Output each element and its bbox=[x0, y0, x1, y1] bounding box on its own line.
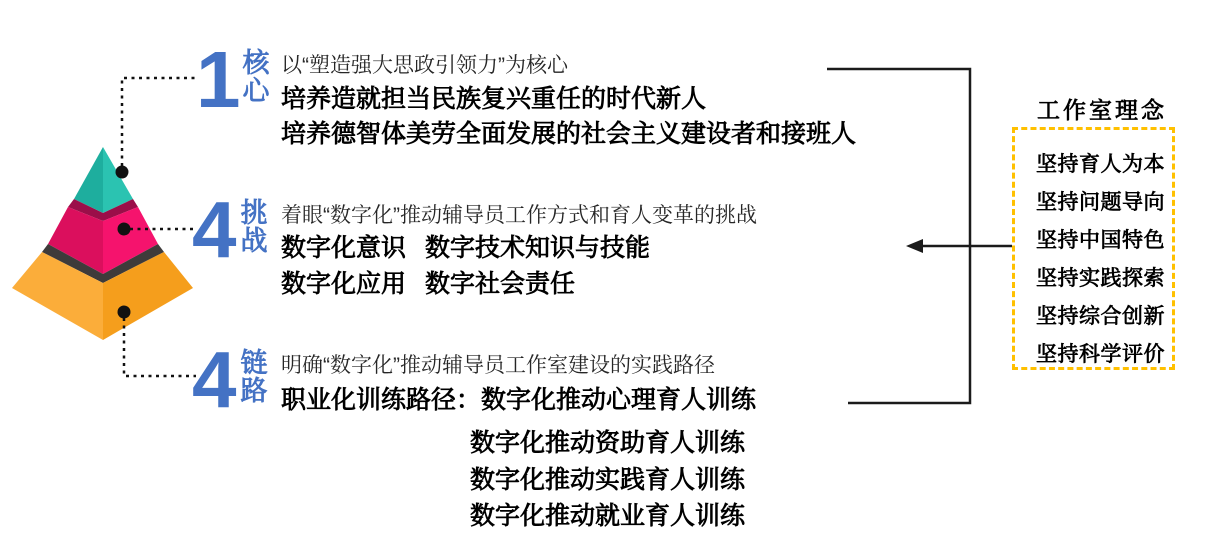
challenge-item-knowledge: 数字技术知识与技能 bbox=[425, 234, 650, 262]
philosophy-item-4: 坚持实践探索 bbox=[1036, 260, 1172, 298]
tier-middle-right-face bbox=[103, 207, 158, 274]
section-paths-label: 链路 bbox=[239, 349, 269, 405]
tier-separator-band-bottom bbox=[42, 244, 164, 283]
training-path-funding: 数字化推动资助育人训练 bbox=[470, 429, 745, 457]
challenge-item-application: 数字化应用 bbox=[281, 270, 406, 298]
section-challenges-intro: 着眼“数字化”推动辅导员工作方式和育人变革的挑战 bbox=[281, 203, 757, 228]
connector-line-top bbox=[122, 78, 197, 166]
section-challenges-number: 4 bbox=[192, 194, 235, 266]
connector-dot-middle bbox=[118, 223, 131, 236]
section-core-number: 1 bbox=[196, 44, 239, 116]
philosophy-item-2: 坚持问题导向 bbox=[1036, 184, 1172, 222]
tier-middle-left-face bbox=[48, 207, 103, 274]
connector-line-bottom bbox=[124, 318, 196, 376]
challenge-item-awareness: 数字化意识 bbox=[281, 234, 406, 262]
challenge-item-responsibility: 数字社会责任 bbox=[425, 270, 575, 298]
training-path-practice: 数字化推动实践育人训练 bbox=[470, 466, 745, 494]
philosophy-item-5: 坚持综合创新 bbox=[1036, 298, 1172, 336]
tier-separator-band-top bbox=[68, 199, 138, 221]
philosophy-box: 坚持育人为本 坚持问题导向 坚持中国特色 坚持实践探索 坚持综合创新 坚持科学评… bbox=[1012, 127, 1175, 370]
philosophy-title: 工作室理念 bbox=[1037, 92, 1167, 125]
section-core-intro: 以“塑造强大思政引领力”为核心 bbox=[281, 53, 568, 78]
infographic-canvas: { "colors": { "accent": "#4472C4", "text… bbox=[0, 0, 1211, 539]
philosophy-item-3: 坚持中国特色 bbox=[1036, 222, 1172, 260]
training-paths-label: 职业化训练路径： bbox=[281, 386, 481, 414]
section-paths-number: 4 bbox=[192, 344, 235, 416]
arrowhead-left-icon bbox=[906, 239, 923, 253]
section-core-line-1: 培养造就担当民族复兴重任的时代新人 bbox=[281, 85, 706, 113]
philosophy-item-6: 坚持科学评价 bbox=[1036, 336, 1172, 374]
connector-dot-top bbox=[116, 166, 129, 179]
tier-top-left-face bbox=[74, 147, 103, 213]
training-path-psychology: 数字化推动心理育人训练 bbox=[481, 386, 756, 414]
tier-top-right-face bbox=[103, 147, 133, 213]
connector-dot-bottom bbox=[118, 306, 131, 319]
philosophy-item-1: 坚持育人为本 bbox=[1036, 146, 1172, 184]
section-paths-intro: 明确“数字化”推动辅导员工作室建设的实践路径 bbox=[281, 353, 715, 378]
tier-bottom-left-face bbox=[12, 252, 103, 340]
section-challenges-label: 挑战 bbox=[239, 199, 269, 255]
section-core-line-2: 培养德智体美劳全面发展的社会主义建设者和接班人 bbox=[281, 120, 856, 148]
section-core-label: 核心 bbox=[241, 49, 271, 105]
training-path-employment: 数字化推动就业育人训练 bbox=[470, 502, 745, 530]
tier-bottom-right-face bbox=[103, 252, 193, 340]
training-path-row-1: 职业化训练路径：数字化推动心理育人训练 bbox=[281, 386, 756, 414]
